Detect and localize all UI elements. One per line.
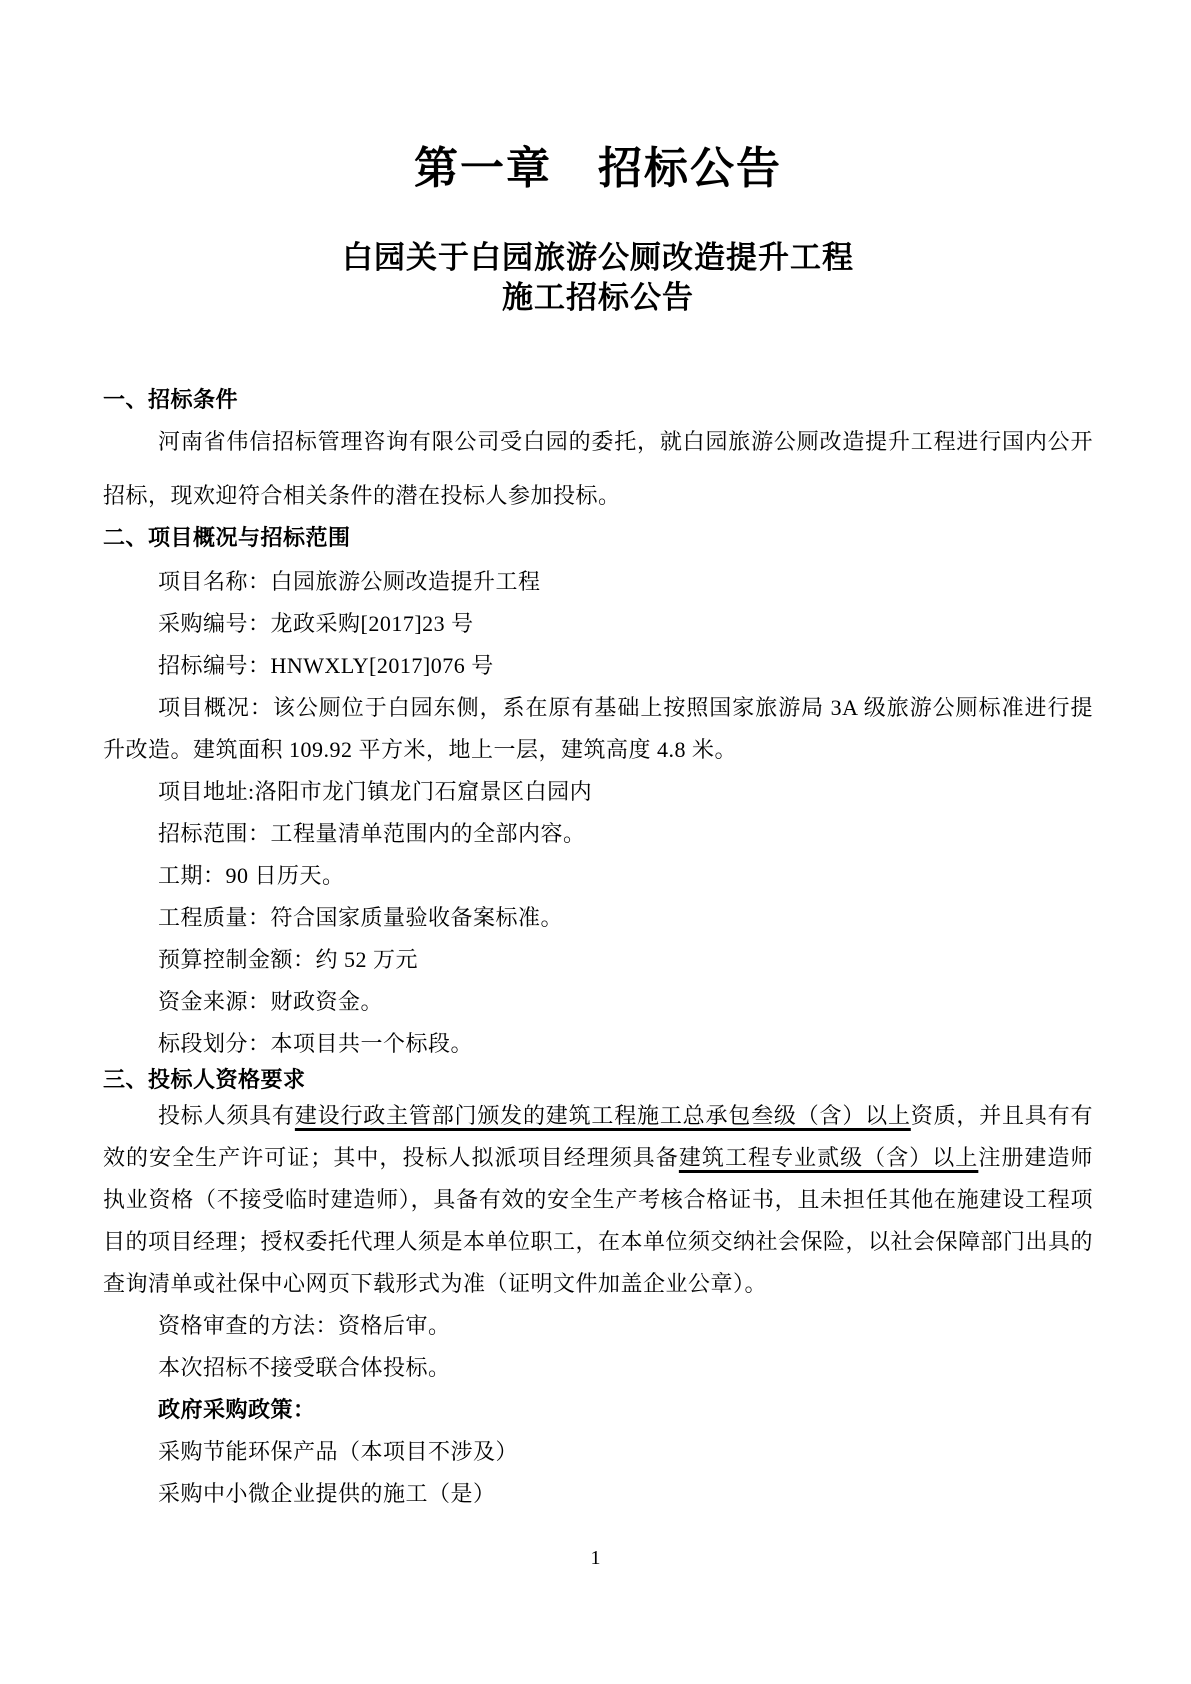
page-number: 1 xyxy=(0,1545,1191,1571)
review-method-line: 资格审查的方法：资格后审。 xyxy=(103,1305,1093,1347)
section-heading-tender-conditions: 一、招标条件 xyxy=(103,385,1093,415)
chapter-title: 第一章 招标公告 xyxy=(103,143,1093,195)
item-duration: 工期：90 日历天。 xyxy=(103,855,1093,897)
item-quality: 工程质量：符合国家质量验收备案标准。 xyxy=(103,897,1093,939)
policy-item-energy-saving: 采购节能环保产品（本项目不涉及） xyxy=(103,1431,1093,1473)
document-page: 第一章 招标公告 白园关于白园旅游公厕改造提升工程 施工招标公告 一、招标条件 … xyxy=(0,0,1191,1684)
doc-subtitle-line1: 白园关于白园旅游公厕改造提升工程 xyxy=(103,238,1093,278)
item-procurement-no: 采购编号：龙政采购[2017]23 号 xyxy=(103,603,1093,645)
no-consortium-line: 本次招标不接受联合体投标。 xyxy=(103,1347,1093,1389)
section-heading-project-overview: 二、项目概况与招标范围 xyxy=(103,523,1093,553)
item-tender-scope: 招标范围：工程量清单范围内的全部内容。 xyxy=(103,813,1093,855)
qualification-run-underlined: 建筑工程专业贰级（含）以上 xyxy=(679,1145,978,1170)
section-heading-bidder-qualification: 三、投标人资格要求 xyxy=(103,1065,1093,1095)
policy-item-sme: 采购中小微企业提供的施工（是） xyxy=(103,1473,1093,1515)
policy-heading-line: 政府采购政策： xyxy=(103,1389,1093,1431)
item-funding-source: 资金来源：财政资金。 xyxy=(103,981,1093,1023)
qualification-run: 投标人须具有 xyxy=(158,1103,295,1128)
doc-subtitle-line2: 施工招标公告 xyxy=(103,278,1093,318)
item-project-name: 项目名称：白园旅游公厕改造提升工程 xyxy=(103,561,1093,603)
item-budget: 预算控制金额：约 52 万元 xyxy=(103,939,1093,981)
doc-subtitle: 白园关于白园旅游公厕改造提升工程 施工招标公告 xyxy=(103,238,1093,318)
item-project-overview: 项目概况：该公厕位于白园东侧，系在原有基础上按照国家旅游局 3A 级旅游公厕标准… xyxy=(103,687,1093,771)
tender-conditions-paragraph: 河南省伟信招标管理咨询有限公司受白园的委托，就白园旅游公厕改造提升工程进行国内公… xyxy=(103,415,1093,523)
item-tender-no: 招标编号：HNWXLY[2017]076 号 xyxy=(103,645,1093,687)
qualification-paragraph: 投标人须具有建设行政主管部门颁发的建筑工程施工总承包叁级（含）以上资质，并且具有… xyxy=(103,1095,1093,1305)
item-project-address: 项目地址:洛阳市龙门镇龙门石窟景区白园内 xyxy=(103,771,1093,813)
qualification-run-underlined: 建设行政主管部门颁发的建筑工程施工总承包叁级（含）以上 xyxy=(295,1103,911,1128)
item-lot-division: 标段划分：本项目共一个标段。 xyxy=(103,1023,1093,1065)
project-overview-items: 项目名称：白园旅游公厕改造提升工程 采购编号：龙政采购[2017]23 号 招标… xyxy=(103,561,1093,1065)
